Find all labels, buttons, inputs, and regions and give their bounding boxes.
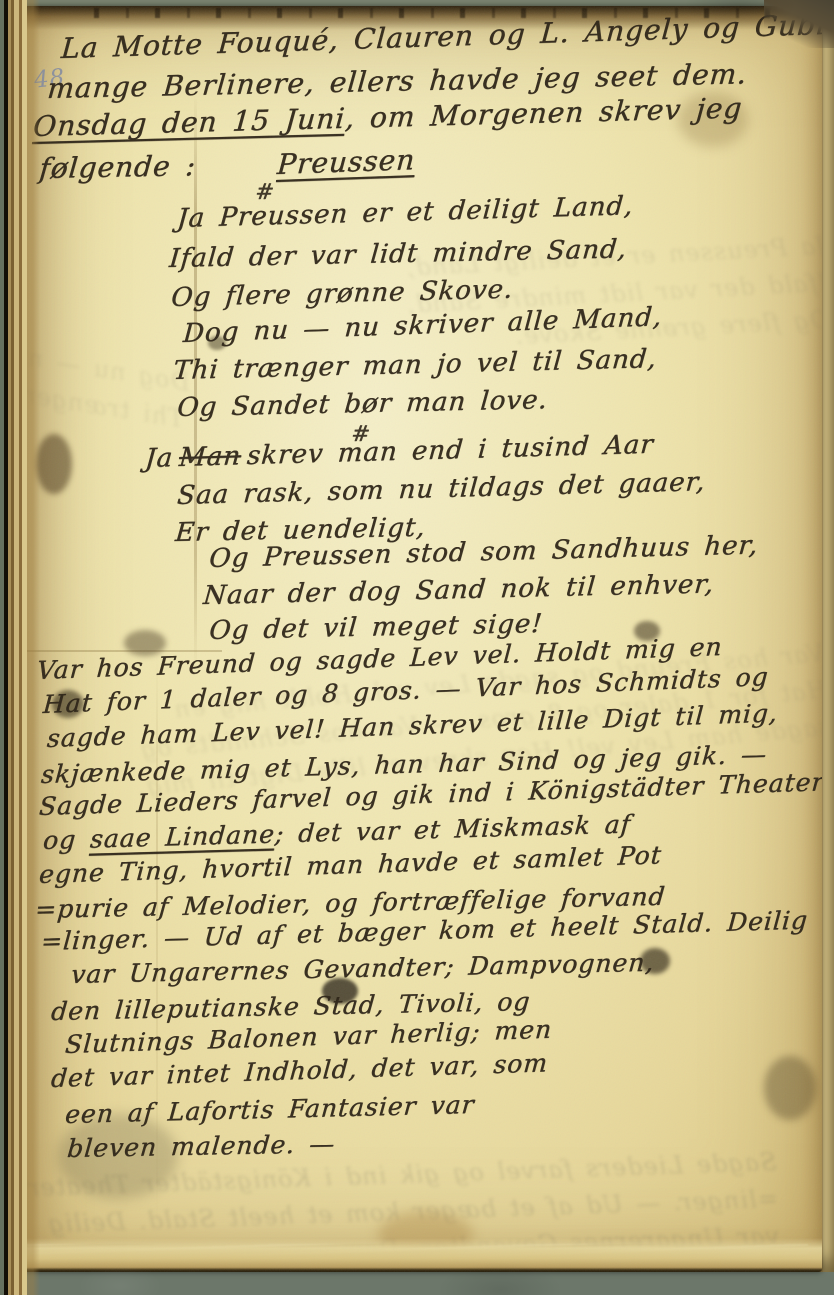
poem-line-rest: skrev man end i tusind Aar <box>246 430 655 471</box>
poem-line: Thi trænger man jo vel til Sand, <box>172 344 658 386</box>
poem-line-with-correction: JaManskrev man end i tusind Aar <box>144 430 655 474</box>
poem-word: Ja <box>144 443 174 474</box>
struck-out-word: Man <box>178 441 242 473</box>
poem-line: Naar der dog Sand nok til enhver, <box>202 569 715 611</box>
stacked-page-edges-bottom <box>12 1238 822 1272</box>
scanned-book-photograph: Ja Preussen er et deiligt Land, Ifald de… <box>0 0 834 1295</box>
handwritten-line: følgende : <box>38 149 197 185</box>
prose-line: bleven malende. — <box>66 1129 336 1163</box>
poem-line: Saa rask, som nu tildags det gaaer, <box>176 467 707 511</box>
poem-title: Preussen <box>276 143 416 181</box>
prose-word: og <box>42 825 77 855</box>
poem-line: Ja Preussen er et deiligt Land, <box>176 191 634 234</box>
poem-line: Og Sandet bør man love. <box>176 385 549 423</box>
prose-line: een af Lafortis Fantasier var <box>64 1090 476 1129</box>
page-corner-shadow <box>764 0 834 48</box>
manuscript-page: Ja Preussen er et deiligt Land, Ifald de… <box>8 6 822 1272</box>
paper-stain <box>764 1056 816 1120</box>
ink-stain <box>36 434 72 494</box>
book-spine-gutter <box>0 0 40 1295</box>
underlined-phrase: saae Lindane <box>89 819 276 853</box>
underlined-date: Onsdag den 15 Juni <box>32 102 347 143</box>
